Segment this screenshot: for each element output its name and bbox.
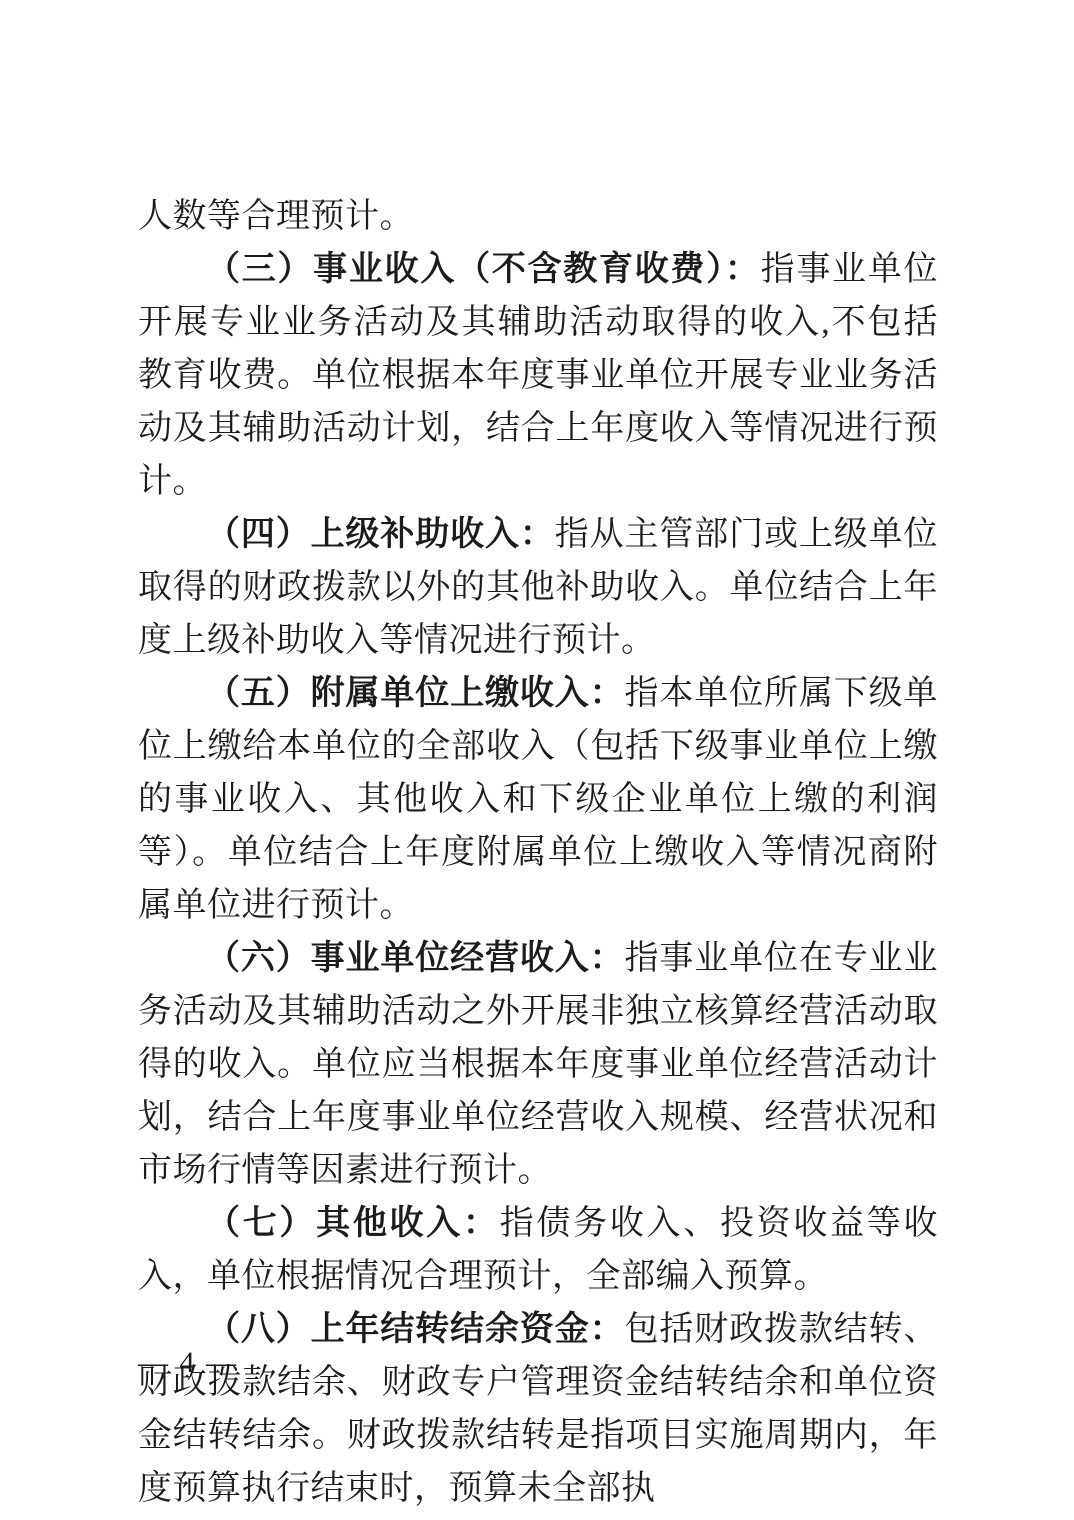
paragraph: （五）附属单位上缴收入：指本单位所属下级单位上缴给本单位的全部收入（包括下级事业… [138, 667, 938, 932]
paragraph-heading: （四）上级补助收入： [206, 516, 555, 553]
paragraph: （八）上年结转结余资金：包括财政拨款结转、财政拨款结余、财政专户管理资金结转结余… [138, 1303, 938, 1515]
paragraph: 人数等合理预计。 [138, 190, 938, 243]
paragraph-heading: （五）附属单位上缴收入： [206, 675, 625, 712]
paragraph-text: 指本单位所属下级单位上缴给本单位的全部收入（包括下级事业单位上缴的事业收入、其他… [138, 675, 938, 924]
paragraph-heading: （六）事业单位经营收入： [206, 940, 625, 977]
paragraph: （六）事业单位经营收入：指事业单位在专业业务活动及其辅助活动之外开展非独立核算经… [138, 932, 938, 1197]
paragraph-heading: （三）事业收入（不含教育收费）： [206, 251, 761, 288]
paragraph: （七）其他收入：指债务收入、投资收益等收入，单位根据情况合理预计，全部编入预算。 [138, 1197, 938, 1303]
paragraph: （三）事业收入（不含教育收费）：指事业单位开展专业业务活动及其辅助活动取得的收入… [138, 243, 938, 508]
paragraph-text: 人数等合理预计。 [138, 198, 414, 235]
document-page: 人数等合理预计。 （三）事业收入（不含教育收费）：指事业单位开展专业业务活动及其… [0, 0, 1074, 1520]
paragraph-heading: （八）上年结转结余资金： [206, 1311, 625, 1348]
document-body: 人数等合理预计。 （三）事业收入（不含教育收费）：指事业单位开展专业业务活动及其… [138, 190, 938, 1515]
paragraph-text: 指事业单位在专业业务活动及其辅助活动之外开展非独立核算经营活动取得的收入。单位应… [138, 940, 938, 1189]
paragraph-heading: （七）其他收入： [206, 1205, 500, 1242]
paragraph-text: 指事业单位开展专业业务活动及其辅助活动取得的收入,不包括教育收费。单位根据本年度… [138, 251, 938, 500]
page-number: — 4 — [138, 1346, 238, 1380]
paragraph: （四）上级补助收入：指从主管部门或上级单位取得的财政拨款以外的其他补助收入。单位… [138, 508, 938, 667]
